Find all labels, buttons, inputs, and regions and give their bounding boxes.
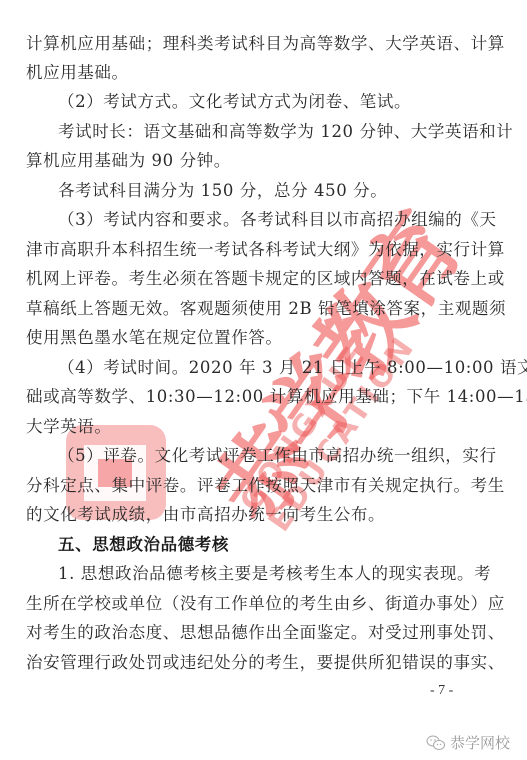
text-line: 机应用基础。 [26,63,466,83]
text-line: 大学英语。 [26,417,466,437]
brand-name: 恭学网校 [450,732,510,753]
text-line: 草稿纸上答题无效。客观题须使用 2B 铅笔填涂答案，主观题须 [26,299,466,319]
page-number: - 7 - [430,683,453,699]
text-line: 各考试科目满分为 150 分，总分 450 分。 [58,181,498,201]
text-line: （3）考试内容和要求。各考试科目以市高招办组编的《天 [58,210,498,230]
wechat-icon [426,735,446,751]
document-page: 恭学教育 GONGXUE EDUCATION 计算机应用基础；理科类考试科目为高… [0,0,527,760]
text-line: 础或高等数学、10:30—12:00 计算机应用基础；下午 14:00—15:3… [26,387,466,407]
text-line: 算机应用基础为 90 分钟。 [26,151,466,171]
text-line: （5）评卷。文化考试评卷工作由市高招办统一组织，实行 [58,446,498,466]
text-line: 对考生的政治态度、思想品德作出全面鉴定。对受过刑事处罚、 [26,623,466,643]
text-line: （4）考试时间。2020 年 3 月 21 日上午 8:00—10:00 语文基 [58,358,498,378]
text-line: 分科定点、集中评卷。评卷工作按照天津市有关规定执行。考生 [26,476,466,496]
text-line: （2）考试方式。文化考试方式为闭卷、笔试。 [58,92,498,112]
text-line: 津市高职升本科招生统一考试各科考试大纲》为依据，实行计算 [26,240,466,260]
text-line: 机网上评卷。考生必须在答题卡规定的区域内答题，在试卷上或 [26,269,466,289]
text-line: 计算机应用基础；理科类考试科目为高等数学、大学英语、计算 [26,34,466,54]
footer-brand: 恭学网校 [426,732,510,753]
text-line: 考试时长：语文基础和高等数学为 120 分钟、大学英语和计 [58,122,498,142]
text-line: 的文化考试成绩，由市高招办统一向考生公布。 [26,505,466,525]
text-line: 治安管理行政处罚或违纪处分的考生，要提供所犯错误的事实、 [26,653,466,673]
text-line: 1. 思想政治品德考核主要是考核考生本人的现实表现。考 [58,564,498,584]
section-heading: 五、思想政治品德考核 [58,535,498,555]
text-line: 生所在学校或单位（没有工作单位的考生由乡、街道办事处）应 [26,594,466,614]
text-line: 使用黑色墨水笔在规定位置作答。 [26,328,466,348]
